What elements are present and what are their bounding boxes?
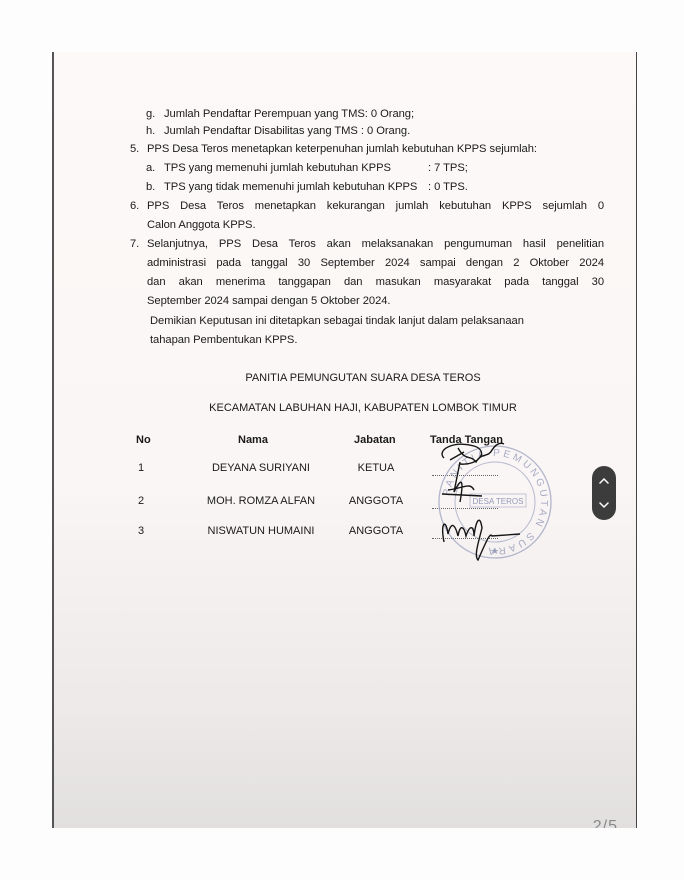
item-7-line-2: administrasi pada tanggal 30 September 2… <box>147 257 604 269</box>
official-stamp-icon: PANITIA PEMUNGUTAN SUARA DESA TEROS ★ <box>430 432 560 572</box>
item-5b-value: : 0 TPS. <box>428 181 468 193</box>
svg-text:DESA TEROS: DESA TEROS <box>473 497 524 506</box>
svg-text:★: ★ <box>491 546 499 556</box>
row-2-no: 2 <box>138 495 144 507</box>
committee-subtitle: KECAMATAN LABUHAN HAJI, KABUPATEN LOMBOK… <box>72 402 637 414</box>
item-5a-label: TPS yang memenuhi jumlah kebutuhan KPPS <box>164 162 391 174</box>
closing-line-1: Demikian Keputusan ini ditetapkan sebaga… <box>150 315 524 327</box>
row-1-nama: DEYANA SURIYANI <box>200 462 322 474</box>
row-3-no: 3 <box>138 525 144 537</box>
document-page: g. Jumlah Pendaftar Perempuan yang TMS: … <box>52 52 637 828</box>
chevron-up-icon <box>599 477 609 484</box>
page-indicator: 2/5 <box>593 818 618 828</box>
committee-title: PANITIA PEMUNGUTAN SUARA DESA TEROS <box>72 372 637 384</box>
item-5-text: PPS Desa Teros menetapkan keterpenuhan j… <box>147 143 537 155</box>
row-2-jabatan: ANGGOTA <box>344 495 408 507</box>
item-5-number: 5. <box>130 143 139 155</box>
item-6-line-1: PPS Desa Teros menetapkan kekurangan jum… <box>147 200 604 212</box>
sub-item-h-marker: h. <box>146 125 155 137</box>
header-jabatan: Jabatan <box>354 434 396 446</box>
item-7-line-1: Selanjutnya, PPS Desa Teros akan melaksa… <box>147 238 604 250</box>
row-1-no: 1 <box>138 462 144 474</box>
scroll-down-button[interactable] <box>592 495 616 517</box>
item-5b-label: TPS yang tidak memenuhi jumlah kebutuhan… <box>164 181 417 193</box>
item-5a-value: : 7 TPS; <box>428 162 468 174</box>
header-no: No <box>136 434 151 446</box>
item-7-number: 7. <box>130 238 139 250</box>
row-3-jabatan: ANGGOTA <box>344 525 408 537</box>
item-5b-marker: b. <box>146 181 155 193</box>
scroll-up-button[interactable] <box>592 469 616 491</box>
row-3-nama: NISWATUN HUMAINI <box>200 525 322 537</box>
closing-line-2: tahapan Pembentukan KPPS. <box>150 334 297 346</box>
item-5a-marker: a. <box>146 162 155 174</box>
item-6-number: 6. <box>130 200 139 212</box>
item-7-line-3: dan akan menerima tanggapan dan masukan … <box>147 276 604 288</box>
row-2-nama: MOH. ROMZA ALFAN <box>200 495 322 507</box>
header-nama: Nama <box>238 434 268 446</box>
sub-item-g-marker: g. <box>146 108 155 120</box>
item-7-line-4: September 2024 sampai dengan 5 Oktober 2… <box>147 295 390 307</box>
page-scroll-nav[interactable] <box>592 466 616 520</box>
sub-item-g-text: Jumlah Pendaftar Perempuan yang TMS: 0 O… <box>164 108 414 120</box>
sub-item-h-text: Jumlah Pendaftar Disabilitas yang TMS : … <box>164 125 410 137</box>
chevron-down-icon <box>599 502 609 509</box>
document-viewer: g. Jumlah Pendaftar Perempuan yang TMS: … <box>0 0 684 880</box>
item-6-line-2: Calon Anggota KPPS. <box>147 219 256 231</box>
row-1-jabatan: KETUA <box>344 462 408 474</box>
